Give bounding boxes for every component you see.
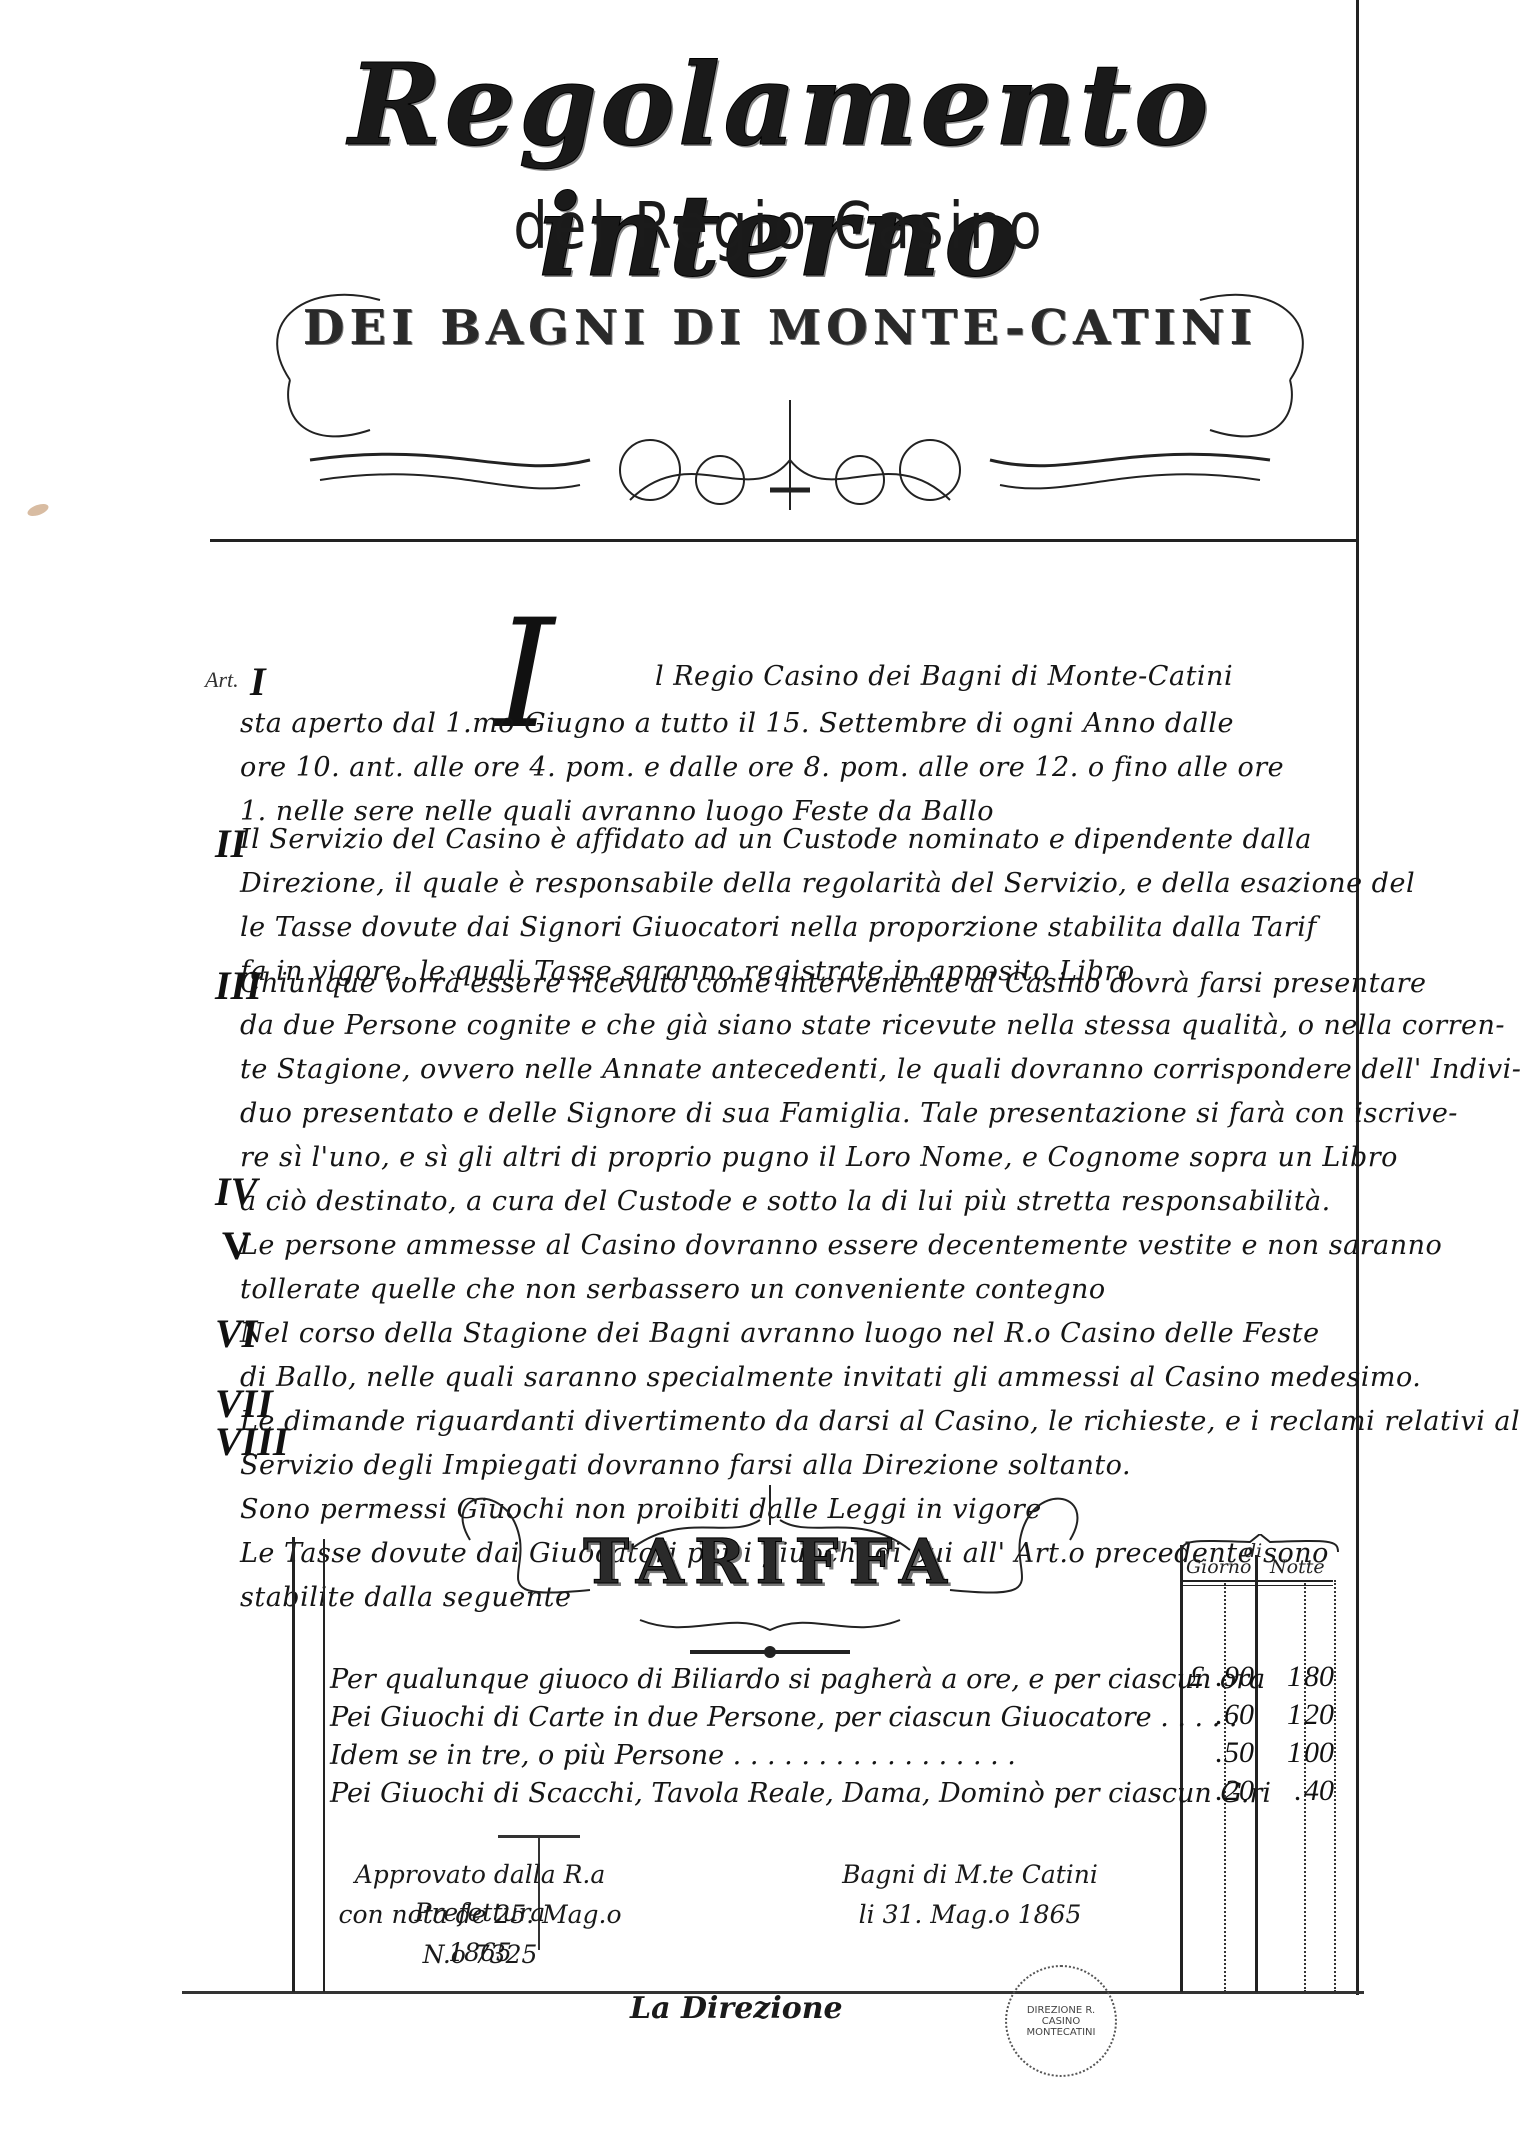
- giorno-cent: 60: [1220, 1698, 1254, 1732]
- document-subtitle: del Regio Casino: [287, 190, 1273, 264]
- tariff-title: TARIFFA: [560, 1525, 980, 1598]
- article-line: a ciò destinato, a cura del Custode e so…: [240, 1180, 1331, 1224]
- table-header-rule: [1183, 1580, 1333, 1586]
- article-line: ore 10. ant. alle ore 4. pom. e dalle or…: [240, 746, 1284, 790]
- notte-cent: 00: [1300, 1736, 1334, 1770]
- article-line: Il Servizio del Casino è affidato ad un …: [240, 818, 1312, 862]
- table-border-left-outer: [292, 1537, 295, 1992]
- official-stamp-icon: DIREZIONE R. CASINO MONTECATINI: [1005, 1965, 1117, 2077]
- article-line: di Ballo, nelle quali saranno specialmen…: [240, 1356, 1421, 1400]
- article-number: VI: [215, 1310, 295, 1357]
- notte-lire: 1: [1276, 1660, 1302, 1694]
- article-line: re sì l'uno, e sì gli altri di proprio p…: [240, 1136, 1398, 1180]
- giorno-cent: 90: [1220, 1660, 1254, 1694]
- article-line: Chiunque vorrà essere ricevuto come inte…: [240, 962, 1426, 1006]
- article-line: sta aperto dal 1.mo Giugno a tutto il 15…: [240, 702, 1234, 746]
- article-line: da due Persone cognite e che già siano s…: [240, 1004, 1505, 1048]
- approval-reference-number: N.o 7325: [320, 1936, 640, 1974]
- notte-cent: 40: [1300, 1774, 1334, 1808]
- article-label: Art.: [205, 667, 239, 693]
- tariff-row-description: Per qualunque giuoco di Biliardo si pagh…: [330, 1664, 1265, 1695]
- article-line: tollerate quelle che non serbassero un c…: [240, 1268, 1106, 1312]
- signature-la-direzione: La Direzione: [630, 1990, 843, 2028]
- giorno-cent: 50: [1220, 1736, 1254, 1770]
- notte-cent: 20: [1300, 1698, 1334, 1732]
- giorno-cent: 20: [1220, 1774, 1254, 1808]
- article-line: duo presentato e delle Signore di sua Fa…: [240, 1092, 1458, 1136]
- tariff-row-description: Pei Giuochi di Scacchi, Tavola Reale, Da…: [330, 1778, 1271, 1809]
- approval-date: li 31. Mag.o 1865: [820, 1896, 1120, 1934]
- article-line: le Tasse dovute dai Signori Giuocatori n…: [240, 906, 1317, 950]
- title-separator-rule: [210, 539, 1358, 542]
- approval-right-line: Bagni di M.te Catini: [820, 1856, 1120, 1894]
- article-number: I: [250, 658, 330, 705]
- table-column-dotted-line: [1334, 1580, 1336, 1992]
- paper-stain: [26, 502, 50, 519]
- article-line: l Regio Casino dei Bagni di Monte-Catini: [655, 655, 1233, 699]
- tariff-row-description: Idem se in tre, o più Persone . . . . . …: [330, 1740, 1016, 1771]
- column-header-giorno: Giorno: [1186, 1556, 1251, 1578]
- article-number: V: [222, 1222, 302, 1269]
- article-line: Nel corso della Stagione dei Bagni avran…: [240, 1312, 1320, 1356]
- article-line: Le persone ammesse al Casino dovranno es…: [240, 1224, 1442, 1268]
- table-column-line: [1180, 1545, 1183, 1992]
- column-header-notte: Notte: [1270, 1556, 1325, 1578]
- notte-lire: .: [1276, 1774, 1302, 1808]
- article-line: te Stagione, ovvero nelle Annate anteced…: [240, 1048, 1521, 1092]
- stamp-text: DIREZIONE R. CASINO MONTECATINI: [1007, 2005, 1115, 2038]
- article-line: Direzione, il quale è responsabile della…: [240, 862, 1415, 906]
- notte-lire: 1: [1276, 1698, 1302, 1732]
- article-number: VIII: [215, 1418, 295, 1465]
- article-number: IV: [215, 1168, 295, 1215]
- currency-symbol: £: [1184, 1660, 1204, 1694]
- notte-lire: 1: [1276, 1736, 1302, 1770]
- notte-cent: 80: [1300, 1660, 1334, 1694]
- table-column-line: [1255, 1555, 1258, 1992]
- article-line: Le dimande riguardanti divertimento da d…: [240, 1400, 1520, 1444]
- tariff-row-description: Pei Giuochi di Carte in due Persone, per…: [330, 1702, 1237, 1733]
- calligraphic-flourish-icon: [250, 260, 1330, 520]
